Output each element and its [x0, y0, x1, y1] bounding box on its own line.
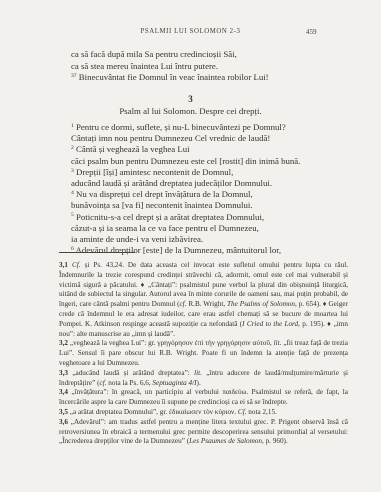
footnote-text: nota la Ps. 6,6,	[107, 379, 153, 387]
footnote-italic-text: The Psalms of Solomon	[227, 300, 295, 308]
page-number: 459	[306, 28, 317, 36]
verse-line: căzut-a și ia seama la ce va face pentru…	[71, 223, 371, 234]
verse-line: bunăvoința sa [va fi] necontenit înainte…	[71, 200, 371, 211]
footnote-text: nota 2,15.	[247, 408, 277, 416]
footnote-text: „veghează la veghea Lui”: gr. γρηγόρησον…	[70, 339, 274, 347]
footnote-ref: 3,6	[59, 418, 68, 426]
footnote-ref: 3,2	[59, 339, 68, 347]
footnote-3-1: 3,1 Cf. și Ps. 43,24. De data aceasta ce…	[59, 261, 348, 339]
verse-line: 5 Poticnitu-s-a cel drept și a arătat dr…	[71, 212, 371, 223]
footnote-3-6: 3,6 „Adevărul”: am tradus astfel pentru …	[59, 418, 348, 447]
footnote-ref: 3,1	[59, 261, 68, 269]
footnote-text: „a arătat dreptatea Domnului”, gr. ἐδικα…	[70, 408, 238, 416]
running-header: PSALMII LUI SOLOMON 2-3	[0, 28, 381, 35]
footnote-text: „aducând laudă și arătând dreptatea”:	[72, 369, 194, 377]
verse-line: ca să facă după mila Sa pentru credincio…	[71, 49, 361, 61]
footnote-italic-text: I Cried to the Lord	[242, 320, 298, 328]
footnotes: 3,1 Cf. și Ps. 43,24. De data aceasta ce…	[59, 261, 348, 447]
footnote-ref: 3,5	[59, 408, 68, 416]
footnote-text: , p. 960).	[262, 437, 288, 445]
psalm3-section-number: 3	[0, 94, 381, 104]
verse-line: 37 Binecuvântat fie Domnul în veac înain…	[71, 72, 361, 84]
footnote-3-5: 3,5 „a arătat dreptatea Domnului”, gr. ἐ…	[59, 408, 348, 418]
verse-line: 6 Adevărul drepților [este] de la Dumnez…	[71, 245, 371, 256]
psalm3-subtitle: Psalm al lui Solomon. Despre cei drepți.	[0, 106, 381, 116]
verse-number: 37	[71, 73, 77, 79]
footnote-separator	[59, 252, 135, 253]
verse-line: 4 Nu va disprețui cel drept învățătura d…	[71, 189, 371, 200]
footnote-italic-text: Septuaginta 4/I	[152, 379, 196, 387]
verse-line: ca să stea mereu înaintea Lui întru pute…	[71, 61, 361, 73]
footnote-3-4: 3,4 „învățătura”: în greacă, un particip…	[59, 388, 348, 408]
footnote-3-3: 3,3 „aducând laudă și arătând dreptatea”…	[59, 369, 348, 389]
verse-number: 2	[71, 145, 74, 151]
verse-line: 1 Pentru ce dormi, suflete, și nu-L bine…	[71, 122, 371, 133]
footnote-3-2: 3,2 „veghează la veghea Lui”: gr. γρηγόρ…	[59, 339, 348, 368]
verse-line: 2 Cântă și veghează la veghea Lui	[71, 144, 371, 155]
verse-number: 4	[71, 190, 74, 196]
verse-line: ia aminte de unde-i va veni izbăvirea.	[71, 234, 371, 245]
footnote-italic-text: cf.	[100, 379, 107, 387]
footnote-italic-text: Cf.	[72, 261, 81, 269]
footnote-text: R.B. Wright,	[186, 300, 227, 308]
verse-line: aducând laudă și arătând dreptatea judec…	[71, 178, 371, 189]
verse-line: căci psalm bun pentru Dumnezeu este cel …	[71, 156, 371, 167]
footnote-ref: 3,4	[59, 388, 68, 396]
footnote-text: „învățătura”: în greacă, un participiu a…	[59, 388, 348, 406]
psalm3-verses: 1 Pentru ce dormi, suflete, și nu-L bine…	[71, 122, 371, 256]
verse-line: Cântați imn nou pentru Dumnezeu Cel vred…	[71, 133, 371, 144]
psalm2-ending-verses: ca să facă după mila Sa pentru credincio…	[71, 49, 361, 84]
footnote-italic-text: Les Psaumes de Salomon	[189, 437, 262, 445]
verse-line: 3 Drepții [își] amintesc necontenit de D…	[71, 167, 371, 178]
footnote-italic-text: Cf.	[238, 408, 247, 416]
footnote-ref: 3,3	[59, 369, 68, 377]
footnote-text: ).	[197, 379, 201, 387]
footnote-italic-text: lit.	[194, 369, 202, 377]
verse-number: 1	[71, 123, 74, 129]
book-page: PSALMII LUI SOLOMON 2-3 459 ca să facă d…	[0, 0, 381, 492]
verse-number: 5	[71, 212, 74, 218]
verse-number: 3	[71, 168, 74, 174]
